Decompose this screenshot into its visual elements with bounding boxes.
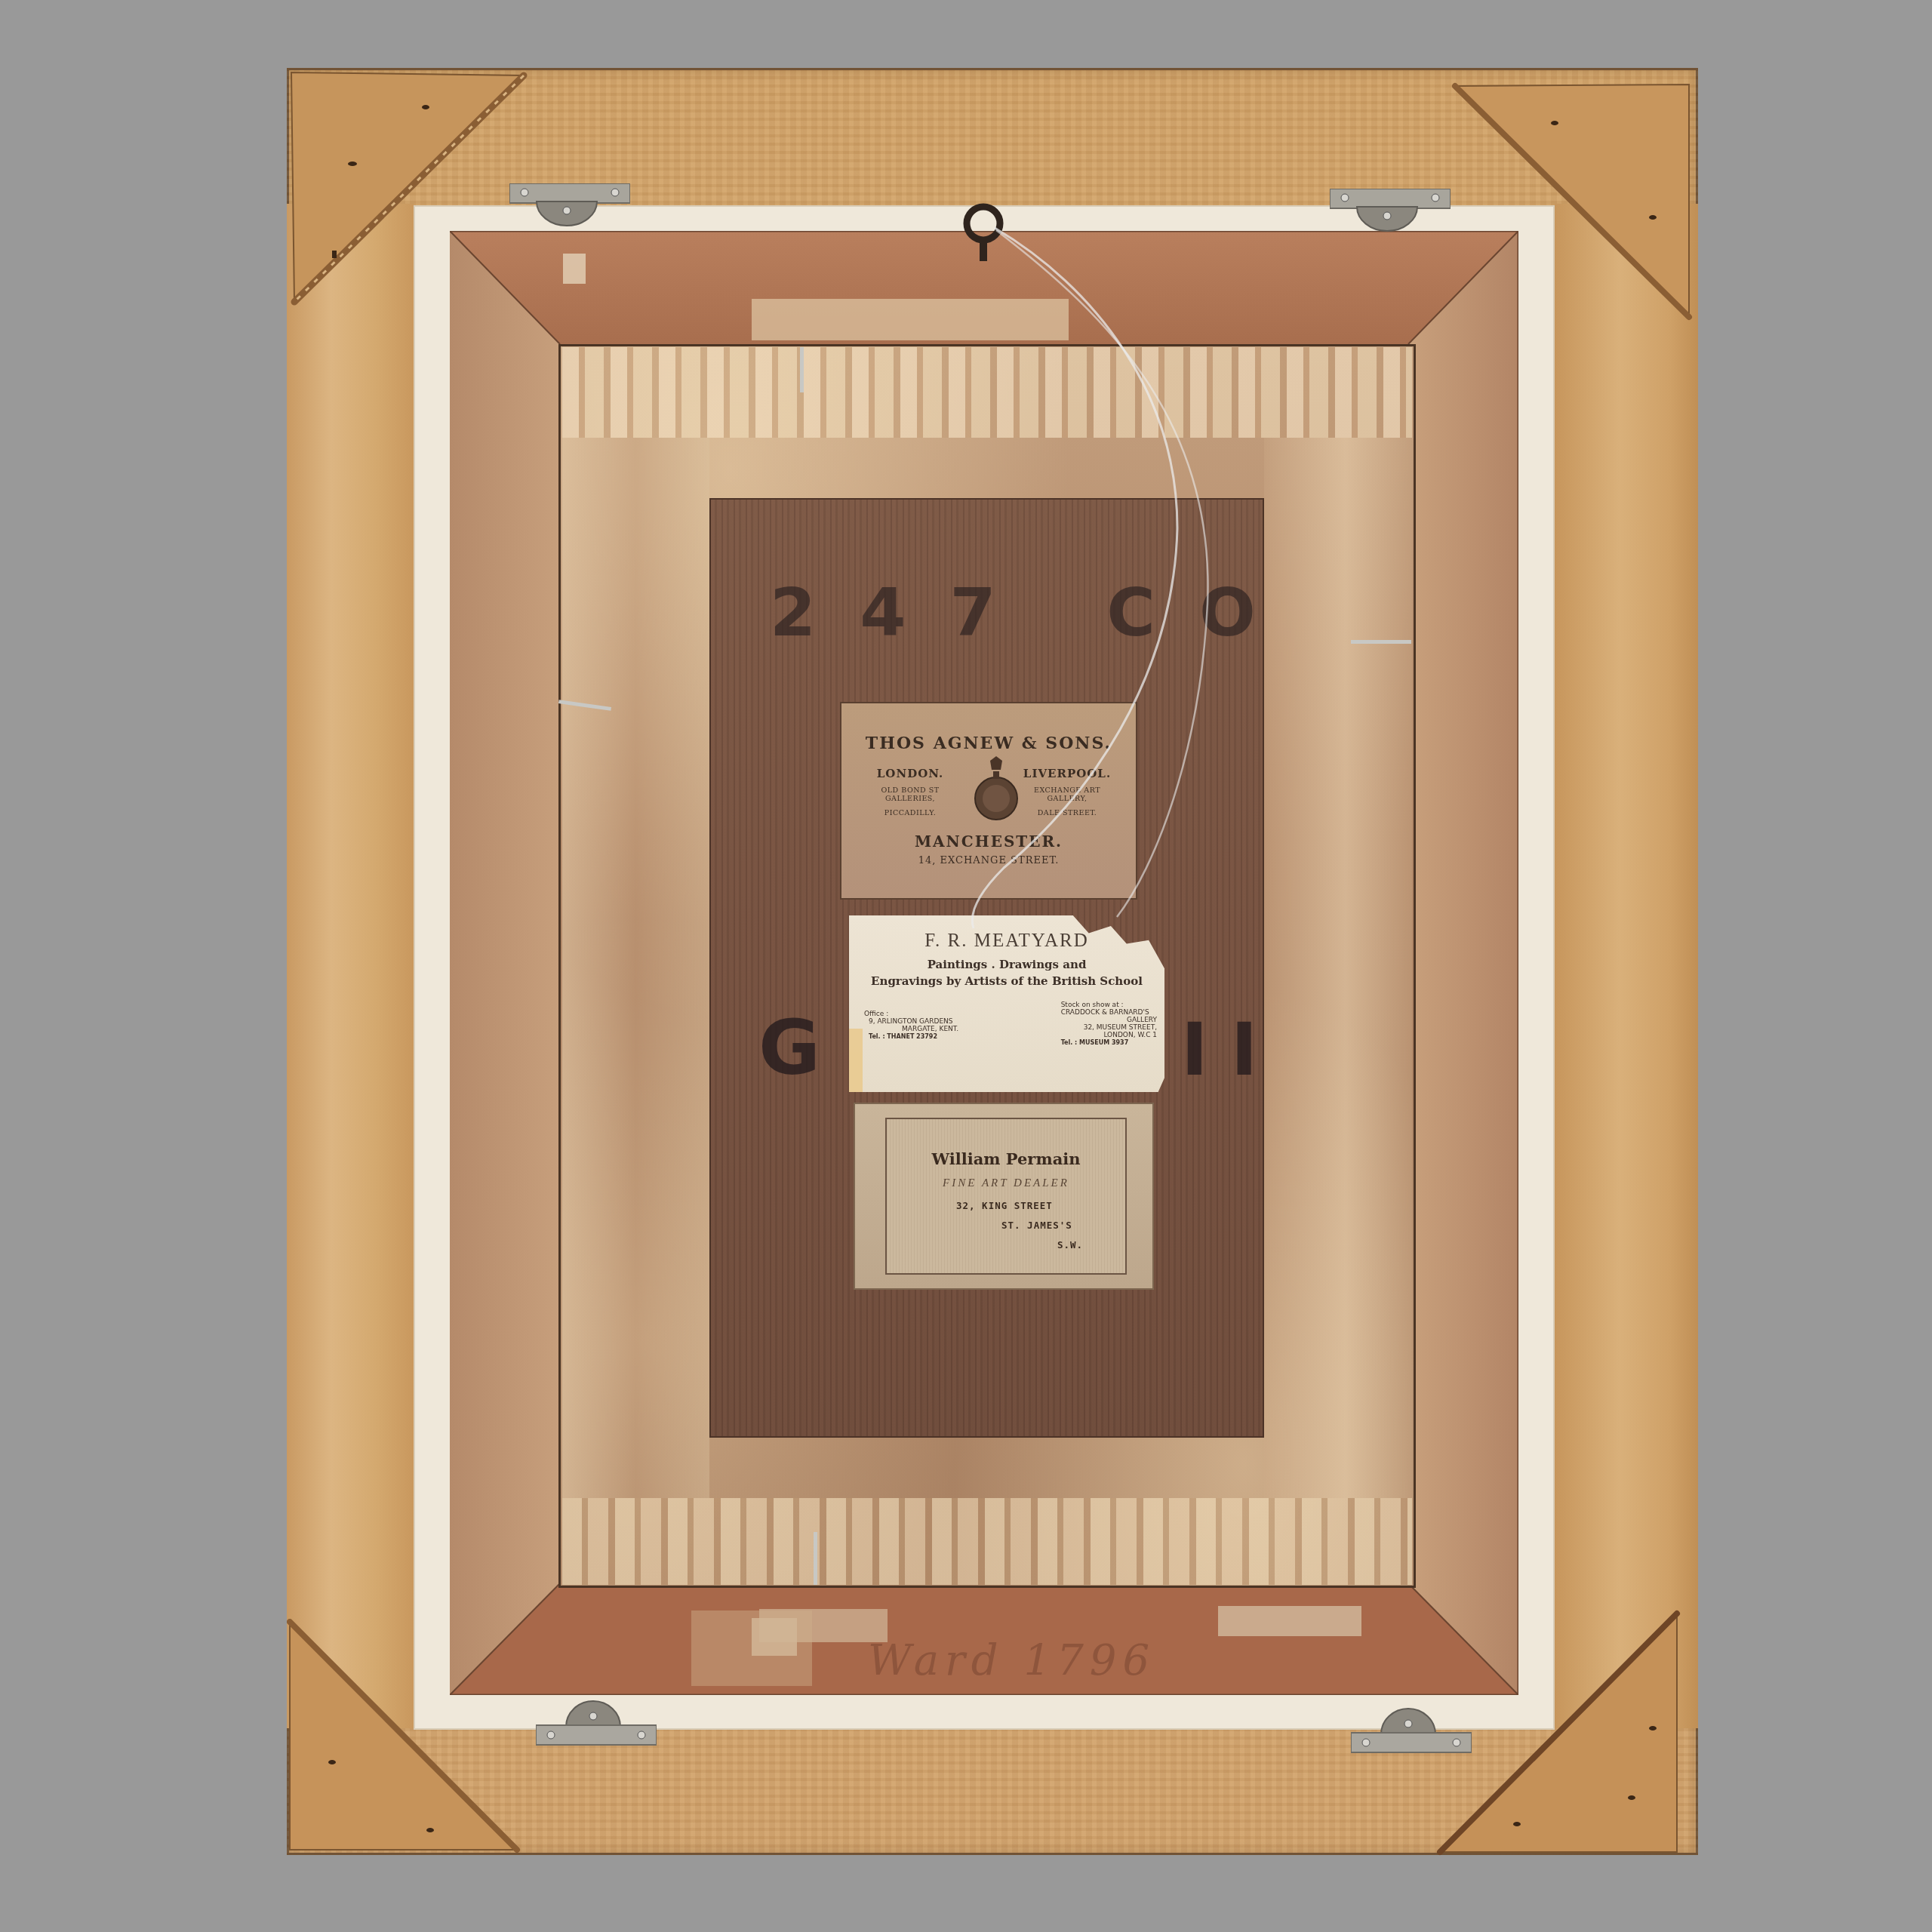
permain-address3: S.W. <box>887 1235 1125 1255</box>
agnew-gallery-label: THOS AGNEW & SONS. LONDON. OLD BOND ST G… <box>841 703 1136 898</box>
permain-role: FINE ART DEALER <box>887 1177 1125 1190</box>
worn-paper-top <box>562 347 1412 438</box>
frame-right-stile <box>1555 204 1698 1728</box>
agnew-london-line2: PICCADILLY. <box>861 809 959 817</box>
tape-strip <box>849 1029 863 1092</box>
mirror-plate-bottom-left <box>536 1700 657 1749</box>
permain-address2: ST. JAMES'S <box>887 1216 1125 1235</box>
eye-hook-icon <box>958 202 1011 266</box>
meatyard-stock-line2: GALLERY <box>1061 1017 1157 1024</box>
meatyard-office-line2: MARGATE, KENT. <box>864 1026 958 1033</box>
meatyard-office-tel: Tel. : THANET 23792 <box>864 1033 958 1040</box>
agnew-manchester: MANCHESTER. <box>841 832 1136 851</box>
stencil-letter-left: G <box>758 1004 843 1092</box>
frame-left-stile <box>287 204 414 1728</box>
meatyard-stock-line3: 32, MUSEUM STREET, <box>1061 1024 1157 1032</box>
permain-name: William Permain <box>887 1149 1125 1168</box>
agnew-london: LONDON. <box>861 767 959 780</box>
pencil-inscription: Ward 1796 <box>868 1636 1155 1685</box>
meatyard-name: F. R. MEATYARD <box>849 931 1164 952</box>
agnew-title: THOS AGNEW & SONS. <box>841 734 1136 753</box>
brad-nail-bottom <box>814 1532 817 1585</box>
meatyard-office-line1: 9, ARLINGTON GARDENS <box>864 1018 958 1026</box>
agnew-liverpool-line2: DALE STREET. <box>1018 809 1116 817</box>
permain-border: William Permain FINE ART DEALER 32, KING… <box>885 1118 1127 1275</box>
stencil-letter-right: II <box>1181 1008 1280 1092</box>
agnew-liverpool: LIVERPOOL. <box>1018 767 1116 780</box>
permain-address1: 32, KING STREET <box>887 1196 1125 1216</box>
agnew-london-line1: OLD BOND ST GALLERIES, <box>861 786 959 803</box>
mirror-plate-top-left <box>509 183 630 232</box>
worn-paper-left <box>562 438 709 1498</box>
brad-nail-top <box>800 347 804 392</box>
meatyard-dealer-label: F. R. MEATYARD Paintings . Drawings and … <box>849 915 1164 1092</box>
worn-paper-bottom <box>562 1498 1412 1585</box>
agnew-manchester-address: 14, EXCHANGE STREET. <box>841 855 1136 866</box>
agnew-liverpool-line1: EXCHANGE ART GALLERY, <box>1018 786 1116 803</box>
permain-dealer-label: William Permain FINE ART DEALER 32, KING… <box>855 1104 1152 1288</box>
meatyard-line1: Paintings . Drawings and <box>849 956 1164 973</box>
meatyard-office-heading: Office : <box>864 1011 958 1018</box>
royal-crest-icon <box>974 755 1019 830</box>
mirror-plate-bottom-right <box>1351 1707 1472 1757</box>
stencil-number: 247 CO <box>770 574 1300 651</box>
meatyard-stock-line1: CRADDOCK & BARNARD'S <box>1061 1009 1157 1017</box>
mirror-plate-top-right <box>1330 189 1451 237</box>
meatyard-stock-heading: Stock on show at : <box>1061 1001 1157 1009</box>
meatyard-line2: Engravings by Artists of the British Sch… <box>849 973 1164 989</box>
brad-nail-right <box>1351 640 1411 644</box>
meatyard-stock-line4: LONDON, W.C 1 <box>1061 1032 1157 1039</box>
meatyard-stock-tel: Tel. : MUSEUM 3937 <box>1061 1039 1157 1046</box>
